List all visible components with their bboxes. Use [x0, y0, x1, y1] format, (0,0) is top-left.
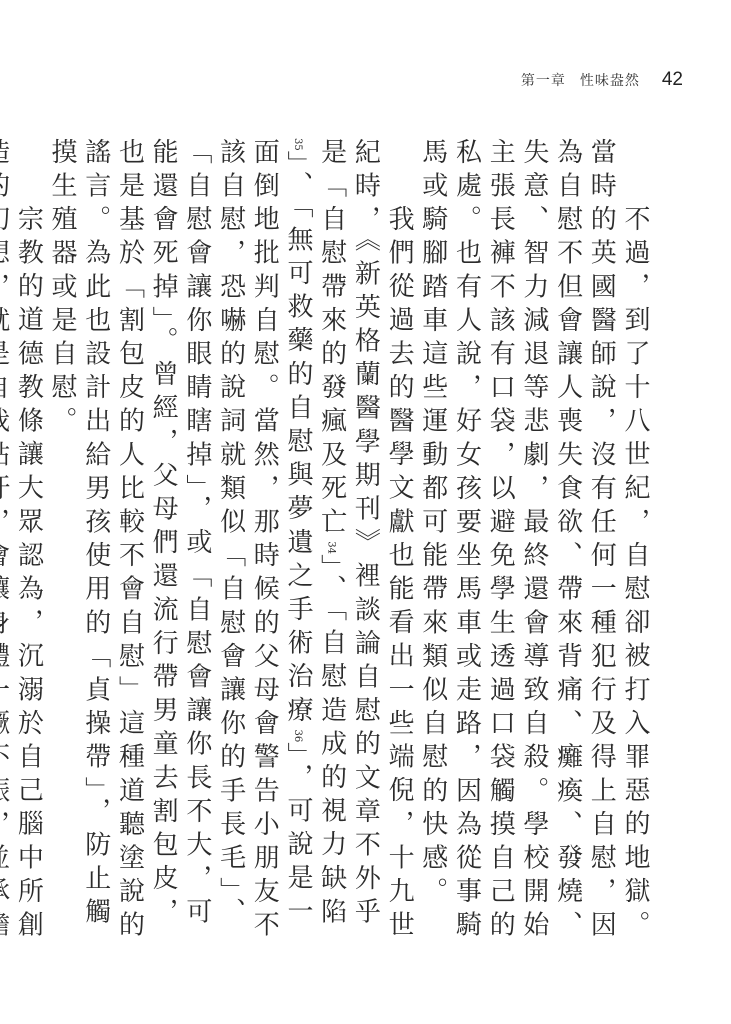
running-header: 第一章 性味盎然 42	[521, 68, 683, 92]
footnote-ref: 34	[326, 541, 337, 554]
text-segment: 」，可說是一面倒地批判自慰。當然，那時候的父母會警告小朋友不該自慰，恐嚇的說詞就…	[47, 138, 313, 944]
text-segment: 宗教的道德教條讓大眾認為，沉溺於自己腦中所創造的幻想，就是自我玷汙，會讓身體一蹶…	[0, 138, 43, 944]
vertical-body-text: 不過，到了十八世紀，自慰卻被打入罪惡的地獄。當時的英國醫師說，沒有任何一種犯行及…	[0, 138, 651, 958]
paragraph: 我們從過去的醫學文獻也能看出一些端倪，十九世紀時，《新英格蘭醫學期刊》裡談論自慰…	[44, 138, 415, 958]
paragraph: 不過，到了十八世紀，自慰卻被打入罪惡的地獄。當時的英國醫師說，沒有任何一種犯行及…	[415, 138, 651, 958]
text-segment: 」、「無可救藥的自慰與夢遺之手術治療	[283, 151, 313, 730]
chapter-title: 性味盎然	[580, 70, 640, 90]
text-segment: 不過，到了十八世紀，自慰卻被打入罪惡的地獄。當時的英國醫師說，沒有任何一種犯行及…	[418, 138, 650, 944]
chapter-label: 第一章	[521, 70, 566, 90]
page-number: 42	[662, 69, 683, 91]
footnote-ref: 36	[292, 730, 303, 743]
footnote-ref: 35	[292, 138, 303, 151]
paragraph: 宗教的道德教條讓大眾認為，沉溺於自己腦中所創造的幻想，就是自我玷汙，會讓身體一蹶…	[0, 138, 44, 958]
text-segment: 」、「自慰造成的視力缺陷	[317, 554, 347, 931]
